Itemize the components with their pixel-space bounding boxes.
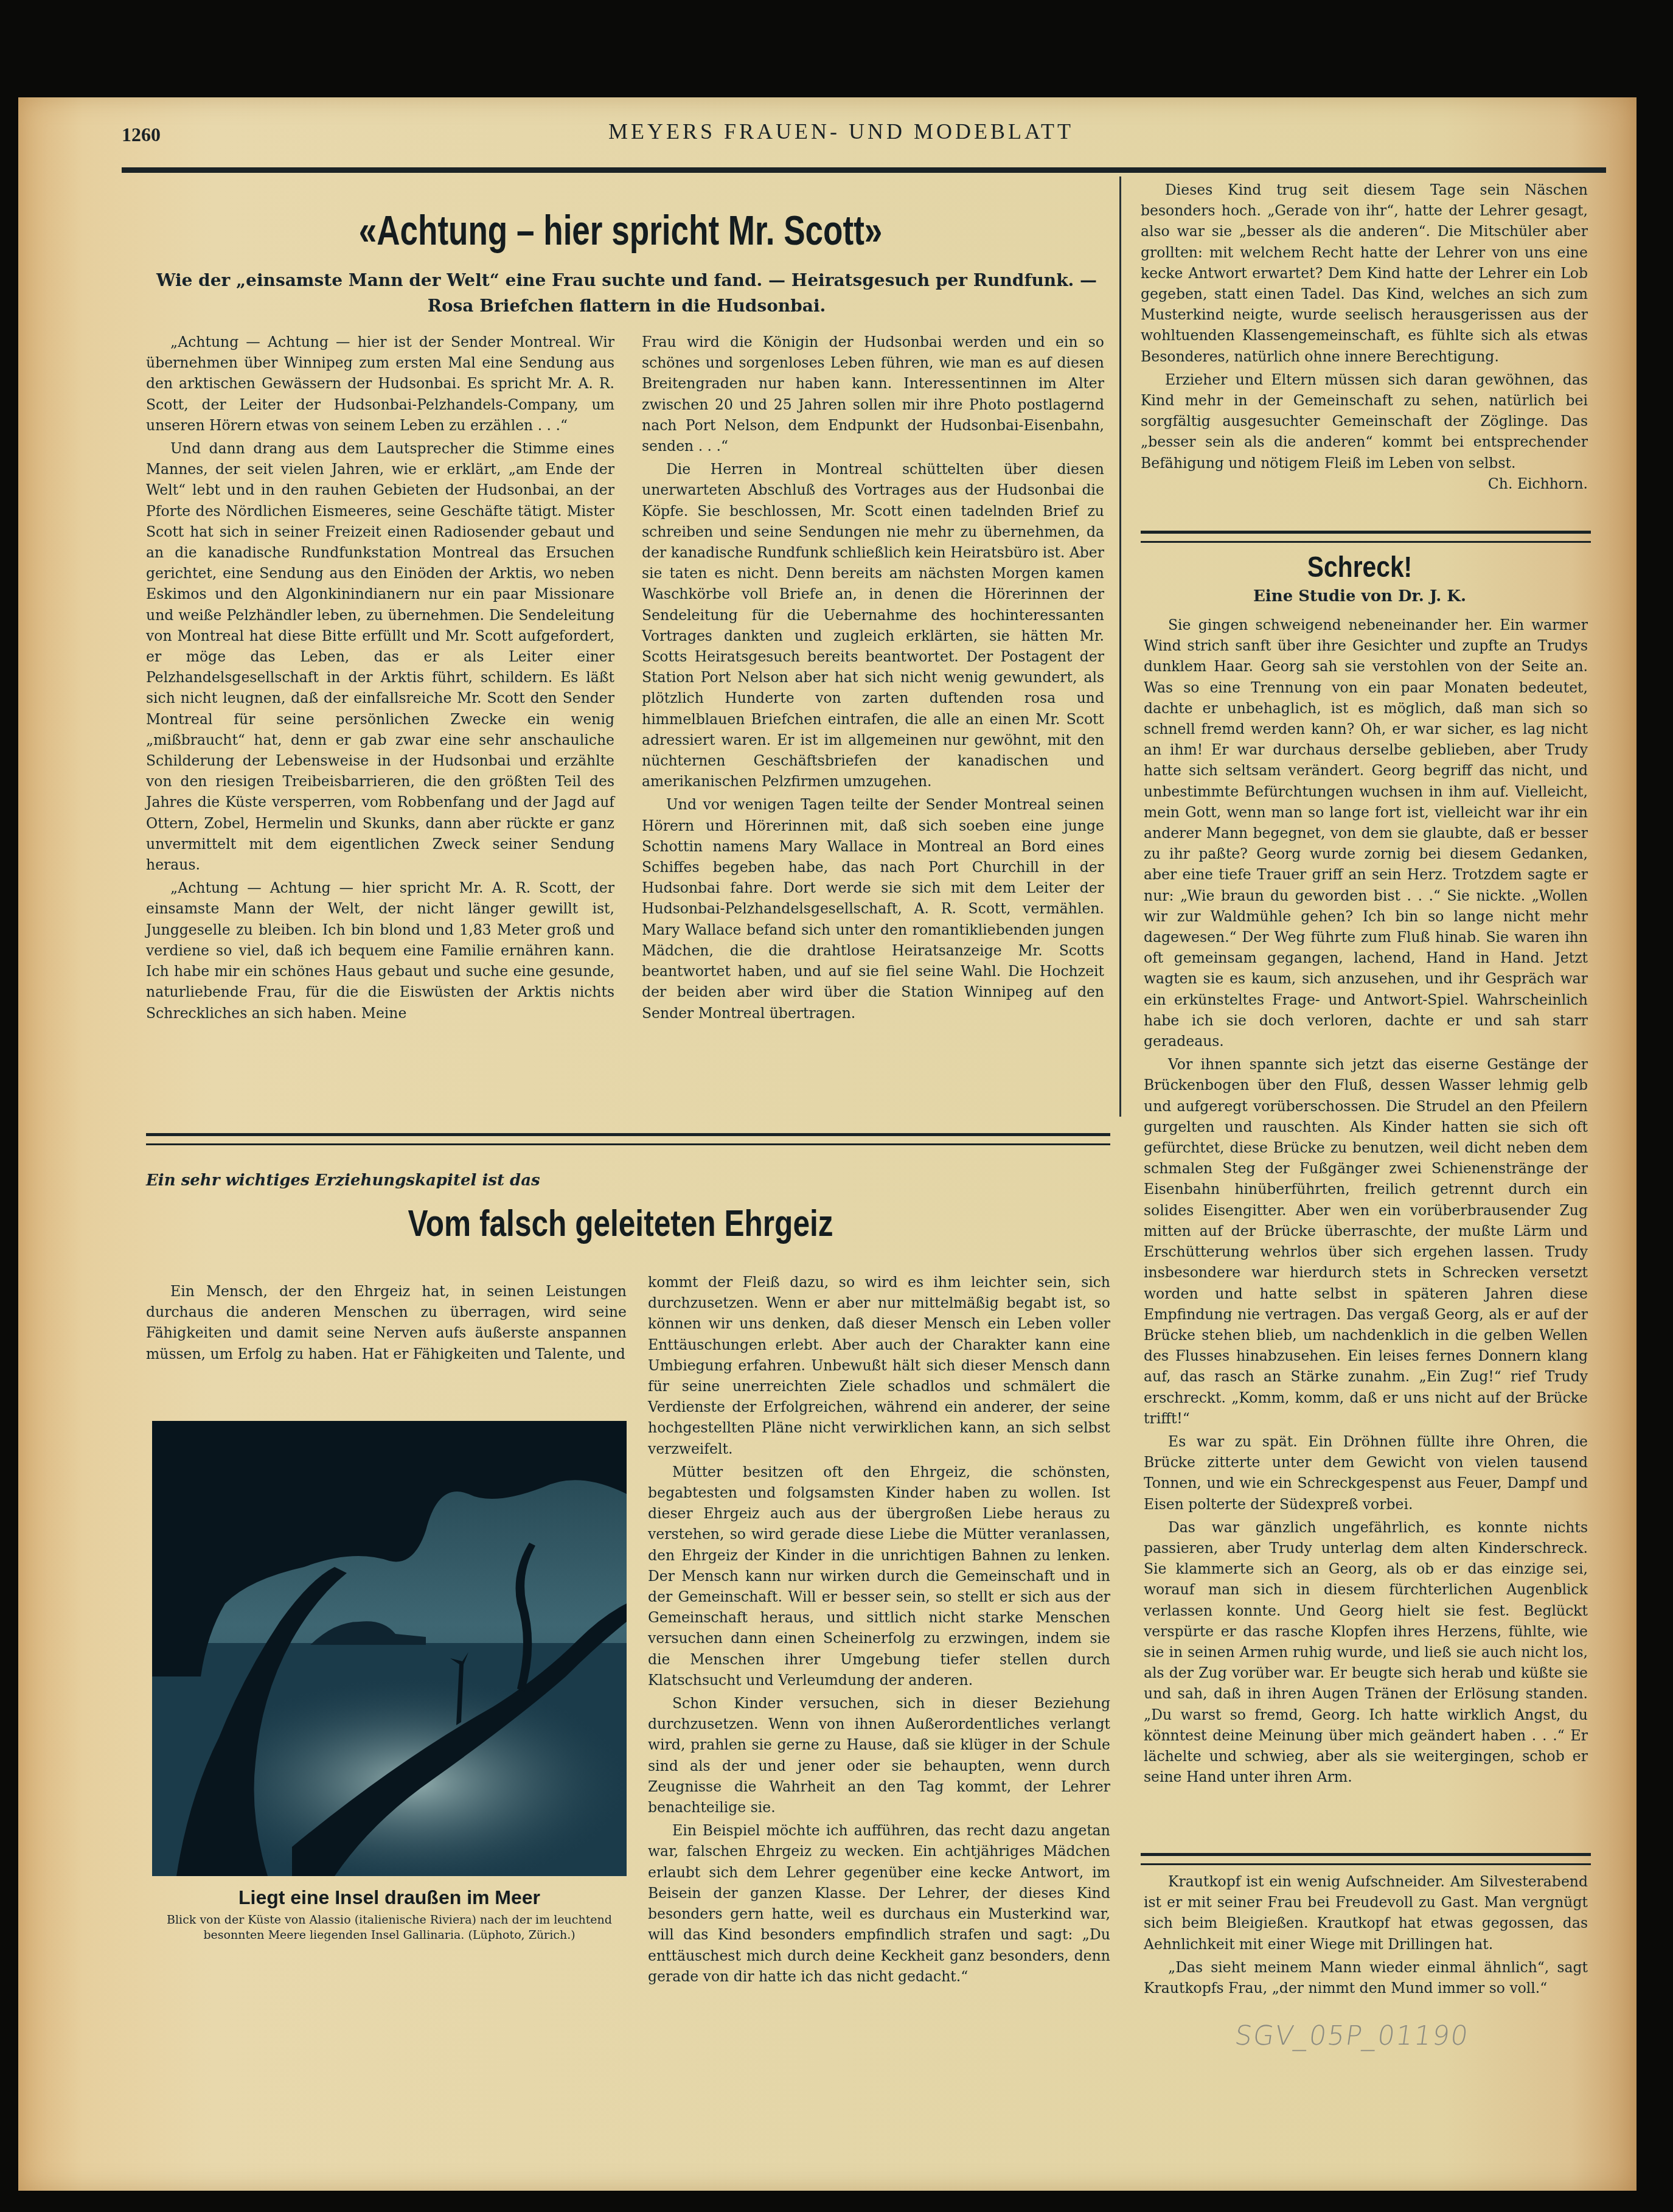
seascape-tree-silhouette-image — [152, 1421, 627, 1876]
paragraph: Krautkopf ist ein wenig Aufschneider. Am… — [1144, 1871, 1588, 1955]
photo-title: Liegt eine Insel draußen im Meer — [146, 1886, 633, 1909]
page-number: 1260 — [122, 124, 161, 146]
photo-credit: (Lüphoto, Zürich.) — [468, 1928, 575, 1942]
article-title-schreck: Schreck! — [1166, 551, 1554, 584]
column-divider — [1119, 176, 1121, 1117]
paragraph: Frau wird die Königin der Hudsonbai werd… — [642, 332, 1104, 456]
masthead: MEYERS FRAUEN- UND MODEBLATT — [608, 119, 1074, 144]
paragraph: kommt der Fleiß dazu, so wird es ihm lei… — [648, 1272, 1110, 1459]
paragraph: Und vor wenigen Tagen teilte der Sender … — [642, 794, 1104, 1023]
section-divider — [1141, 531, 1591, 543]
paragraph: Sie gingen schweigend nebeneinander her.… — [1144, 615, 1588, 1052]
paragraph: Es war zu spät. Ein Dröhnen füllte ihre … — [1144, 1431, 1588, 1515]
section-divider — [146, 1133, 1110, 1145]
article-subtitle-scott: Wie der „einsamste Mann der Welt“ eine F… — [152, 268, 1101, 319]
paragraph: Ein Mensch, der den Ehrgeiz hat, in sein… — [146, 1281, 627, 1364]
ehrgeiz-continued-column: Dieses Kind trug seit diesem Tage sein N… — [1141, 180, 1588, 494]
header-rule — [122, 167, 1606, 173]
article-kicker-ehrgeiz: Ein sehr wichtiges Erziehungskapitel ist… — [146, 1171, 540, 1190]
paragraph: Das war gänzlich ungefährlich, es konnte… — [1144, 1517, 1588, 1788]
paragraph: „Achtung — Achtung — hier ist der Sender… — [146, 332, 614, 436]
article-subtitle-schreck: Eine Studie von Dr. J. K. — [1132, 587, 1588, 605]
schreck-column: Sie gingen schweigend nebeneinander her.… — [1144, 615, 1588, 1787]
photo-island-gallinaria — [152, 1421, 627, 1876]
paragraph: Und dann drang aus dem Lautsprecher die … — [146, 438, 614, 875]
paragraph: „Das sieht meinem Mann wieder einmal ähn… — [1144, 1957, 1588, 1998]
paragraph: Dieses Kind trug seit diesem Tage sein N… — [1141, 180, 1588, 367]
author-signature: Ch. Eichhorn. — [1141, 473, 1588, 494]
ehrgeiz-column-2: kommt der Fleiß dazu, so wird es ihm lei… — [648, 1272, 1110, 1987]
page-header: 1260 MEYERS FRAUEN- UND MODEBLATT — [122, 119, 1606, 161]
paragraph: Die Herren in Montreal schüttelten über … — [642, 459, 1104, 792]
scott-column-2: Frau wird die Königin der Hudsonbai werd… — [642, 332, 1104, 1024]
article-title-scott: «Achtung – hier spricht Mr. Scott» — [246, 207, 995, 254]
archive-stamp: SGV_05P_01190 — [1233, 2020, 1471, 2051]
article-title-ehrgeiz: Vom falsch geleiteten Ehrgeiz — [236, 1202, 1005, 1245]
krautkopf-column: Krautkopf ist ein wenig Aufschneider. Am… — [1144, 1871, 1588, 1998]
photo-caption: Blick von der Küste von Alassio (italien… — [152, 1913, 627, 1943]
paragraph: Vor ihnen spannte sich jetzt das eiserne… — [1144, 1054, 1588, 1429]
paragraph: Schon Kinder versuchen, sich in dieser B… — [648, 1693, 1110, 1818]
paragraph: „Achtung — Achtung — hier spricht Mr. A.… — [146, 877, 614, 1023]
scott-column-1: „Achtung — Achtung — hier ist der Sender… — [146, 332, 614, 1024]
paragraph: Ein Beispiel möchte ich aufführen, das r… — [648, 1820, 1110, 1987]
paragraph: Erzieher und Eltern müssen sich daran ge… — [1141, 369, 1588, 473]
ehrgeiz-column-1: Ein Mensch, der den Ehrgeiz hat, in sein… — [146, 1281, 627, 1364]
section-divider — [1141, 1853, 1591, 1865]
paragraph: Mütter besitzen oft den Ehrgeiz, die sch… — [648, 1462, 1110, 1690]
